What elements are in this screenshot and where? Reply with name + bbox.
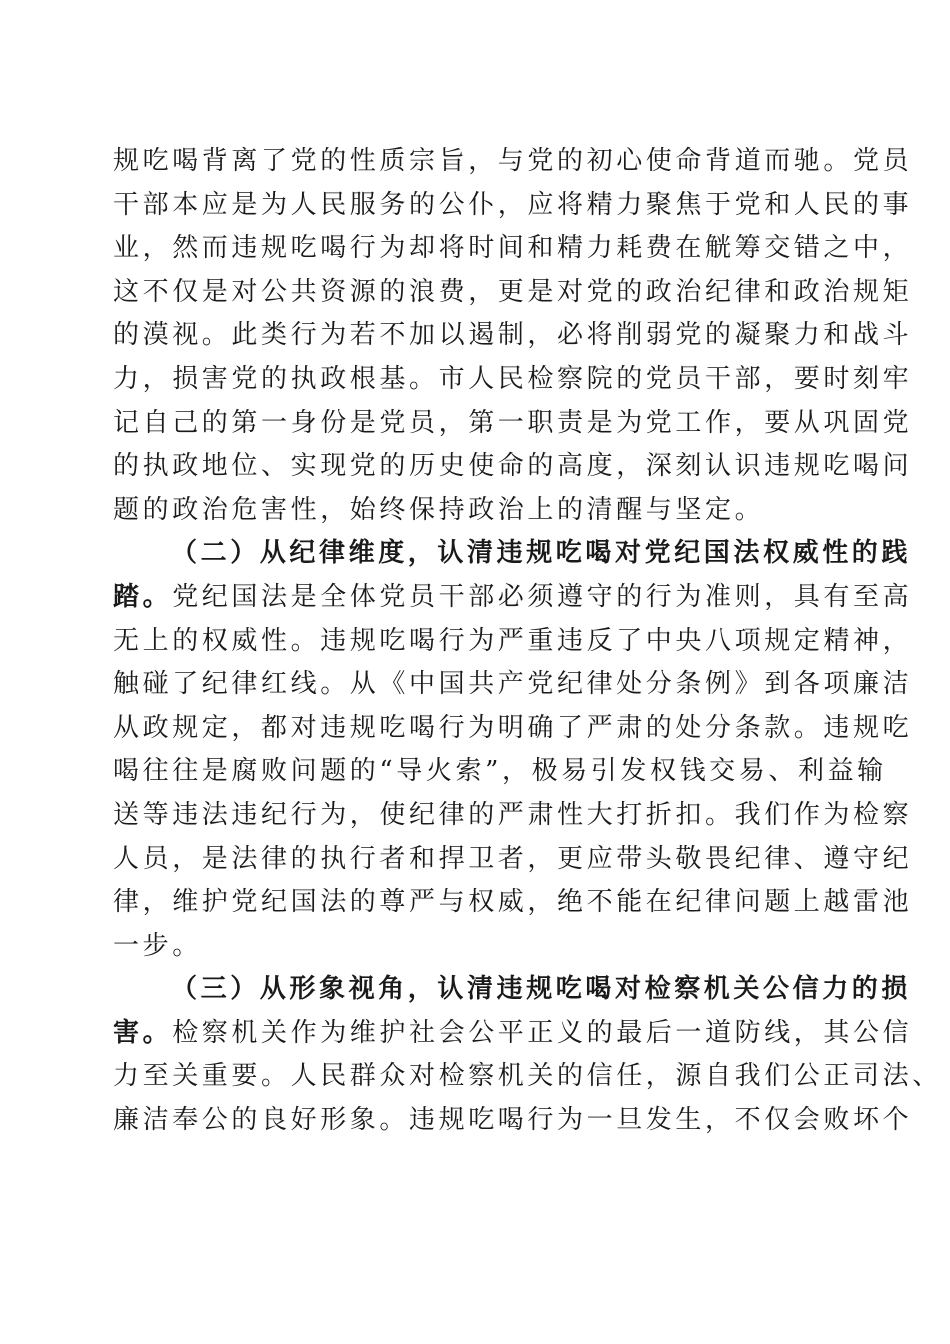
section-heading-cont: 害。 — [113, 1018, 172, 1048]
text-line: 害。检察机关作为维护社会公平正义的最后一道防线，其公信 — [113, 1015, 833, 1059]
text-line: 无上的权威性。违规吃喝行为严重违反了中央八项规定精神， — [113, 623, 833, 667]
text-line: 送等违法违纪行为，使纪律的严肃性大打折扣。我们作为检察 — [113, 797, 833, 841]
body-text: 检察机关作为维护社会公平正义的最后一道防线，其公信 — [172, 1018, 912, 1048]
paragraph-political-harm: 规吃喝背离了党的性质宗旨，与党的初心使命背道而驰。党员 干部本应是为人民服务的公… — [113, 143, 833, 535]
text-line: 廉洁奉公的良好形象。违规吃喝行为一旦发生，不仅会败坏个 — [113, 1102, 833, 1146]
text-line: 这不仅是对公共资源的浪费，更是对党的政治纪律和政治规矩 — [113, 274, 833, 318]
text-line: 干部本应是为人民服务的公仆，应将精力聚焦于党和人民的事 — [113, 187, 833, 231]
section-heading-cont: 踏。 — [113, 582, 172, 612]
text-line: 踏。党纪国法是全体党员干部必须遵守的行为准则，具有至高 — [113, 579, 833, 623]
text-line: 的执政地位、实现党的历史使命的高度，深刻认识违规吃喝问 — [113, 448, 833, 492]
text-line: 一步。 — [113, 928, 833, 972]
text-line: 力，损害党的执政根基。市人民检察院的党员干部，要时刻牢 — [113, 361, 833, 405]
text-line: 题的政治危害性，始终保持政治上的清醒与坚定。 — [113, 492, 833, 536]
section-image-perspective: （三）从形象视角，认清违规吃喝对检察机关公信力的损 害。检察机关作为维护社会公平… — [113, 971, 833, 1145]
text-line: 从政规定，都对违规吃喝行为明确了严肃的处分条款。违规吃 — [113, 710, 833, 754]
text-line: 业，然而违规吃喝行为却将时间和精力耗费在觥筹交错之中， — [113, 230, 833, 274]
section-discipline-dimension: （二）从纪律维度，认清违规吃喝对党纪国法权威性的践 踏。党纪国法是全体党员干部必… — [113, 535, 833, 971]
text-line: 的漠视。此类行为若不加以遏制，必将削弱党的凝聚力和战斗 — [113, 317, 833, 361]
document-page: 规吃喝背离了党的性质宗旨，与党的初心使命背道而驰。党员 干部本应是为人民服务的公… — [113, 143, 833, 1146]
text-line: 触碰了纪律红线。从《中国共产党纪律处分条例》到各项廉洁 — [113, 666, 833, 710]
text-line: 规吃喝背离了党的性质宗旨，与党的初心使命背道而驰。党员 — [113, 143, 833, 187]
text-line: 喝往往是腐败问题的“导火索”，极易引发权钱交易、利益输 — [113, 753, 833, 797]
text-line: 记自己的第一身份是党员，第一职责是为党工作，要从巩固党 — [113, 405, 833, 449]
section-heading: （二）从纪律维度，认清违规吃喝对党纪国法权威性的践 — [113, 535, 833, 579]
text-line: 律，维护党纪国法的尊严与权威，绝不能在纪律问题上越雷池 — [113, 884, 833, 928]
section-heading: （三）从形象视角，认清违规吃喝对检察机关公信力的损 — [113, 971, 833, 1015]
text-line: 人员，是法律的执行者和捍卫者，更应带头敬畏纪律、遵守纪 — [113, 841, 833, 885]
text-line: 力至关重要。人民群众对检察机关的信任，源自我们公正司法、 — [113, 1058, 833, 1102]
body-text: 党纪国法是全体党员干部必须遵守的行为准则，具有至高 — [172, 582, 912, 612]
